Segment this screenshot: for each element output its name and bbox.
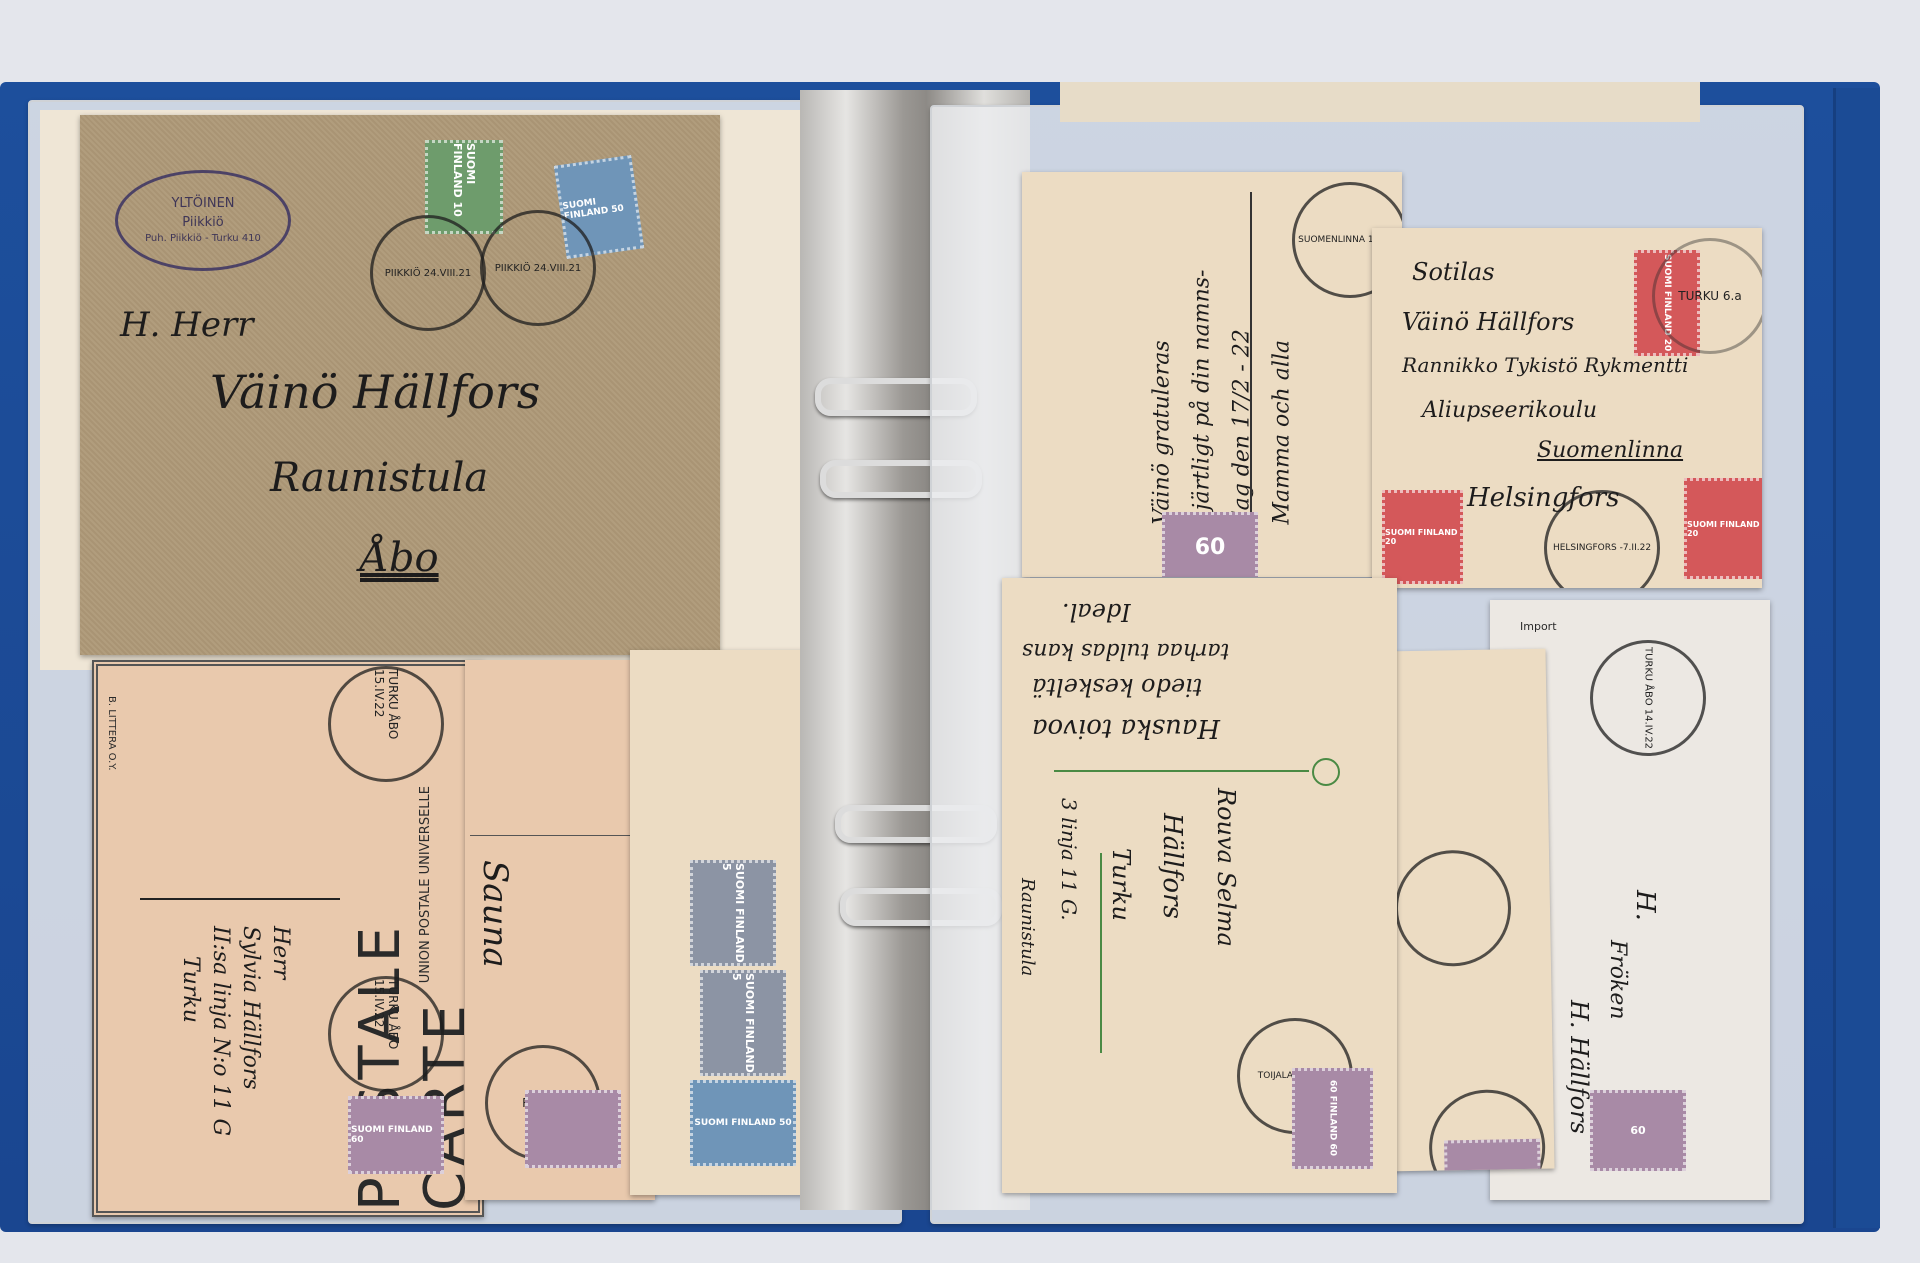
postcard-stamps-strip: SUOMI FINLAND 5 SUOMI FINLAND 5 SUOMI FI… — [630, 650, 810, 1195]
postmark-text: TURKU 6.a — [1678, 289, 1741, 303]
stamp-grey-5: SUOMI FINLAND 5 — [700, 970, 786, 1076]
postmark-text: PIIKKIÖ 24.VIII.21 — [385, 268, 472, 279]
stamp-label: SUOMI FINLAND 50 — [562, 192, 636, 222]
address-line: Väinö Hällfors — [1402, 308, 1574, 336]
page-edge — [1060, 82, 1700, 122]
address-line: Turku — [178, 956, 203, 1023]
address-line: Suomenlinna — [1537, 438, 1683, 463]
envelope-sotilas: Sotilas Väinö Hällfors Rannikko Tykistö … — [1372, 228, 1762, 588]
stamp-label: SUOMI FINLAND 5 — [730, 973, 756, 1073]
stamp-label: 60 — [1630, 1124, 1645, 1137]
address-line: Turku — [1107, 848, 1135, 921]
stamp-label: SUOMI FINLAND 60 — [351, 1125, 441, 1145]
address-line: Sylvia Hällfors — [238, 926, 263, 1090]
stamp-violet-60: 60 — [1162, 512, 1258, 577]
message-line: Mamma och alla — [1270, 205, 1295, 525]
publisher-text: B. LITTERA O.Y. — [106, 696, 117, 771]
postmark-text: TURKU ÅBO 15.IV.22 — [372, 669, 400, 779]
stamp-label: 60 FINLAND 60 — [1328, 1080, 1338, 1156]
divider-line — [470, 835, 640, 836]
address-line: Väinö Hällfors — [210, 365, 540, 419]
stamp-blue-50: SUOMI FINLAND 50 — [690, 1080, 796, 1166]
stamp-label: SUOMI FINLAND 50 — [694, 1118, 791, 1128]
postmark-text: TURKU ÅBO 14.IV.22 — [1643, 647, 1654, 749]
message-line: tiedo keskeltä — [1032, 673, 1202, 701]
logo-icon — [1312, 758, 1340, 786]
address-line: Sotilas — [1412, 258, 1495, 286]
postcard-abo: ÅBO 27.II.22 60 — [1380, 649, 1554, 1172]
stamp-label: 60 — [1195, 535, 1226, 560]
postmark: HELSINGFORS -7.II.22 — [1544, 490, 1660, 588]
return-line: Raunistula — [1017, 878, 1038, 976]
postcard-selma: Ideal. tarhaa tuldas kans tiedo keskeltä… — [1002, 578, 1397, 1193]
divider-line — [1100, 853, 1102, 1053]
sender-line: Piikkiö — [182, 214, 223, 232]
stamp-red-20: SUOMI FINLAND 20 — [1382, 490, 1463, 584]
printed-label: Import — [1520, 620, 1557, 633]
card-subtitle: UNION POSTALE UNIVERSELLE — [418, 786, 433, 983]
stamp-grey-5: SUOMI FINLAND 5 — [690, 860, 776, 966]
address-line: Rouva Selma — [1212, 788, 1240, 947]
stamp-violet — [525, 1090, 621, 1168]
postcard-sauna: Sauna RYANIII — [465, 660, 655, 1200]
message-line: hjärtligt på din namns- — [1190, 205, 1215, 525]
address-line: H. — [1630, 890, 1660, 921]
return-line: 3 linja 11 G. — [1057, 798, 1081, 921]
sender-line: YLTÖINEN — [171, 195, 234, 213]
message-line: Ideal. — [1062, 598, 1131, 626]
address-line: Hällfors — [1157, 813, 1187, 919]
message-line: Väinö gratuleras — [1150, 205, 1175, 525]
address-line: Sauna — [475, 860, 515, 968]
address-line: Åbo — [360, 535, 439, 581]
divider-line — [140, 898, 340, 900]
address-line: Rannikko Tykistö Rykmentti — [1402, 353, 1688, 377]
stamp-violet-60: 60 — [1590, 1090, 1686, 1171]
address-line: II:sa linja N:o 11 G — [208, 926, 233, 1136]
stamp-red-20: SUOMI FINLAND 20 — [1684, 478, 1762, 579]
postmark — [1394, 849, 1512, 967]
sender-line: Puh. Piikkiö - Turku 410 — [145, 232, 261, 246]
postmark-text: PIIKKIÖ 24.VIII.21 — [495, 263, 582, 274]
postmark-text: TURKU ÅBO 15.IV.22 — [372, 979, 400, 1089]
postmark: TURKU ÅBO 15.IV.22 — [328, 976, 444, 1092]
postmark: PIIKKIÖ 24.VIII.21 — [480, 210, 596, 326]
address-line: H. Herr — [120, 305, 254, 345]
message-line: tarhaa tuldas kans — [1022, 638, 1229, 663]
postcard-name-day: Väinö gratuleras hjärtligt på din namns-… — [1022, 172, 1402, 577]
postmark: TURKU 6.a — [1652, 238, 1762, 354]
postmark: TURKU ÅBO 15.IV.22 — [328, 666, 444, 782]
postmark: TURKU ÅBO 14.IV.22 — [1590, 640, 1706, 756]
address-line: Fröken — [1605, 940, 1630, 1020]
address-line: H. Hällfors — [1565, 1000, 1593, 1134]
binder-edge — [1833, 88, 1880, 1228]
postmark-text: HELSINGFORS -7.II.22 — [1553, 543, 1651, 553]
stamp-label: SUOMI FINLAND 5 — [720, 863, 746, 963]
postmark: PIIKKIÖ 24.VIII.21 — [370, 215, 486, 331]
stamp-label: SUOMI FINLAND 20 — [1687, 520, 1762, 538]
stamp-label: SUOMI FINLAND 20 — [1385, 528, 1460, 546]
divider-line — [1054, 770, 1309, 772]
postcard-carte-postale: B. LITTERA O.Y. CARTE POSTALE UNION POST… — [92, 660, 484, 1217]
stamp-label: SUOMI FINLAND 10 — [451, 143, 477, 231]
envelope-yltoinen: YLTÖINEN Piikkiö Puh. Piikkiö - Turku 41… — [80, 115, 720, 655]
stamp-violet-60: 60 — [1444, 1139, 1541, 1172]
address-line: Herr — [268, 926, 293, 979]
sender-stamp: YLTÖINEN Piikkiö Puh. Piikkiö - Turku 41… — [115, 170, 291, 271]
address-line: Raunistula — [270, 455, 488, 501]
stamp-violet-60: 60 FINLAND 60 — [1292, 1068, 1373, 1169]
message-line: Hauska toivoa — [1032, 713, 1220, 743]
stamp-violet-60: SUOMI FINLAND 60 — [348, 1096, 444, 1174]
address-line: Aliupseerikoulu — [1422, 398, 1597, 423]
